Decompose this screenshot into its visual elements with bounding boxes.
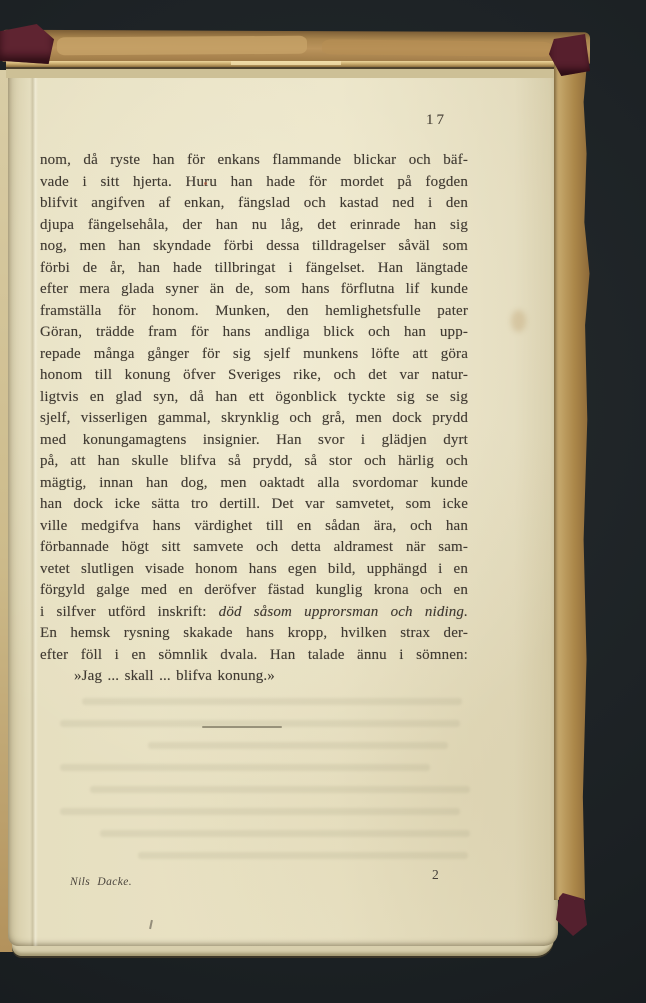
text-line: mägtig, innan han dog, men oaktadt alla … [40,473,468,495]
inscription-italic: död såsom upprorsman och niding. [219,604,468,620]
text-line: honom till konung öfver Sveriges rike, o… [40,365,468,387]
text-line: i silfver utförd inskrift: död såsom upp… [40,602,468,624]
bleed-through-line [60,720,460,727]
text-line: förbannade högt sitt samvete och detta a… [40,537,468,559]
text-line: vade i sitt hjerta. Huru han hade för mo… [40,172,468,194]
line-text: djupa fängelsehåla, der han nu låg, det … [40,217,468,233]
bleed-through-line [60,764,430,771]
binding-corner-bottom-right [556,893,587,936]
line-text: vade i sitt hjerta. Huru han hade för mo… [40,174,468,190]
book-cover-right-edge [554,42,591,900]
bleed-through-line [100,830,470,837]
text-line: nom, då ryste han för enkans flammande b… [40,150,468,172]
text-line: förgyld galge med en deröfver fästad kun… [40,580,468,602]
stain-speck [204,182,207,185]
bleed-through-line [90,786,470,793]
line-text: han dock icke sätta tro dertill. Det var… [40,496,468,512]
line-text: nom, då ryste han för enkans flammande b… [40,152,468,168]
book-cover-top-edge [2,30,590,65]
line-text: i silfver utförd inskrift: [40,604,219,620]
line-text: mägtig, innan han dog, men oaktadt alla … [40,475,468,491]
line-text: förgyld galge med en deröfver fästad kun… [40,582,468,598]
body-text: nom, då ryste han för enkans flammande b… [40,150,468,688]
text-line: ville medgifva hans värdighet till en så… [40,516,468,538]
bleed-through-line [148,742,448,749]
sheet-number: 2 [432,867,439,883]
line-text: förbannade högt sitt samvete och detta a… [40,539,468,555]
stain-mark [149,920,153,929]
line-text: med konungamagtens insignier. Han svor i… [40,432,468,448]
line-text: honom till konung öfver Sveriges rike, o… [40,367,468,383]
text-line: repade många gånger för sig sjelf munken… [40,344,468,366]
line-text: ligtvis en glad syn, då han ett ögonblic… [40,389,468,405]
page-edge-crease [30,72,38,946]
text-line: efter mera glada syner än de, som hans f… [40,279,468,301]
cover-tear-patch [322,39,552,57]
text-line: Göran, trädde fram för hans andliga blic… [40,322,468,344]
line-text: sjelf, visserligen gammal, skrynklig och… [40,410,468,426]
stain-spot [511,310,526,332]
line-text: efter föll i en sömnlik dvala. Han talad… [40,647,468,663]
text-line: ligtvis en glad syn, då han ett ögonblic… [40,387,468,409]
footer-signature: Nils Dacke. [70,876,132,888]
text-line: En hemsk rysning skakade hans kropp, hvi… [40,623,468,645]
page-number: 17 [426,112,447,129]
line-text: En hemsk rysning skakade hans kropp, hvi… [40,625,468,641]
text-line: djupa fängelsehåla, der han nu låg, det … [40,215,468,237]
line-text: Göran, trädde fram för hans andliga blic… [40,324,468,340]
text-line: sjelf, visserligen gammal, skrynklig och… [40,408,468,430]
line-text: blifvit angifven af enkan, fängslad och … [40,195,468,211]
line-text: repade många gånger för sig sjelf munken… [40,346,468,362]
text-line: framställa för honom. Munken, den hemlig… [40,301,468,323]
gilt-highlight [231,61,341,65]
line-text: ville medgifva hans värdighet till en så… [40,518,468,534]
text-line: blifvit angifven af enkan, fängslad och … [40,193,468,215]
text-line: vetet slutligen visade honom hans egen b… [40,559,468,581]
bleed-through-line [138,852,468,859]
cover-tear-patch [57,36,307,56]
line-text: förbi de år, han hade tillbringat i fäng… [40,260,468,276]
text-line: nog, men han skyndade förbi dessa tilldr… [40,236,468,258]
bleed-through-line [82,698,462,705]
text-line: med konungamagtens insignier. Han svor i… [40,430,468,452]
page-block-edge [6,67,572,78]
text-line: han dock icke sätta tro dertill. Det var… [40,494,468,516]
line-text: »Jag ... skall ... blifva konung.» [74,668,275,684]
book-photo: { "palette": { "background": "#1b2023", … [0,0,646,1003]
text-line: efter föll i en sömnlik dvala. Han talad… [40,645,468,667]
line-text: vetet slutligen visade honom hans egen b… [40,561,468,577]
line-text: framställa för honom. Munken, den hemlig… [40,303,468,319]
book-page: 17 nom, då ryste han för enkans flammand… [8,72,558,946]
quote-line: »Jag ... skall ... blifva konung.» [40,666,468,688]
line-text: efter mera glada syner än de, som hans f… [40,281,468,297]
bleed-through-line [60,808,460,815]
line-text: nog, men han skyndade förbi dessa tilldr… [40,238,468,254]
line-text: på, att han skulle blifva så prydd, så s… [40,453,468,469]
text-line: på, att han skulle blifva så prydd, så s… [40,451,468,473]
text-line: förbi de år, han hade tillbringat i fäng… [40,258,468,280]
